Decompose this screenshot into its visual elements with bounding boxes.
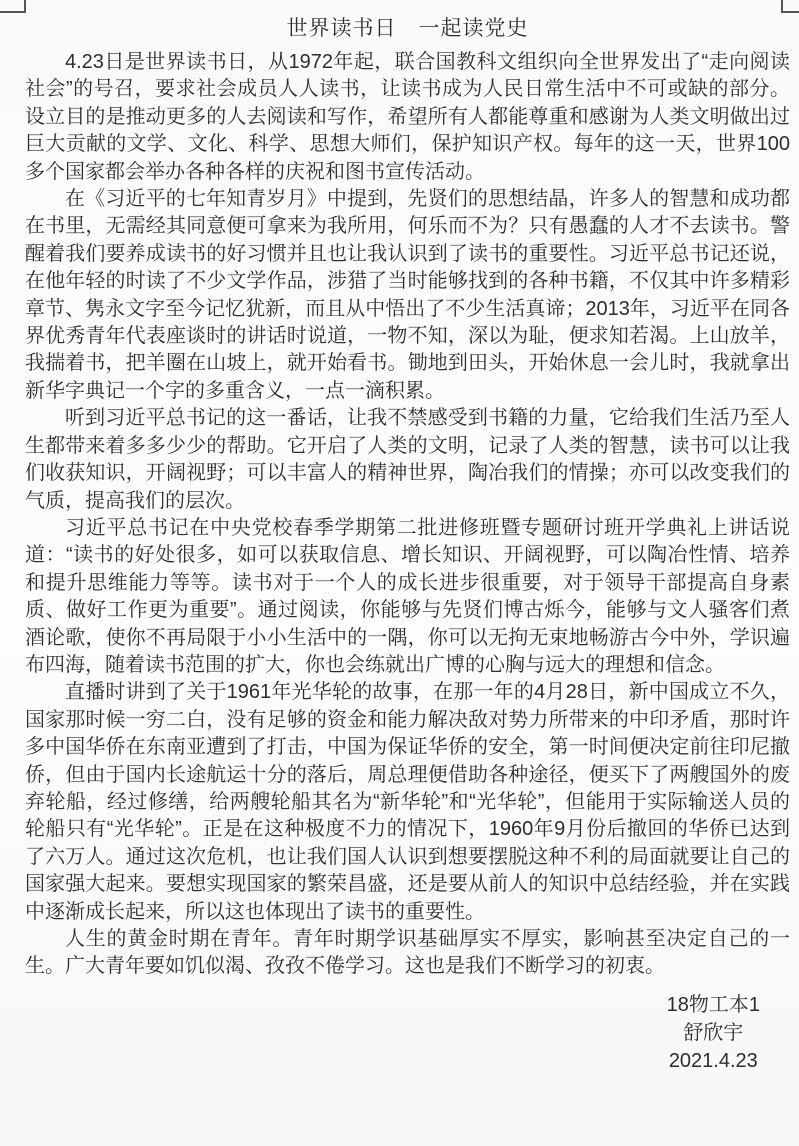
essay-paragraph-4: 习近平总书记在中央党校春季学期第二批进修班暨专题研讨班开学典礼上讲话说道：“读书… (25, 515, 790, 679)
essay-paragraph-2: 在《习近平的七年知青岁月》中提到，先贤们的思想结晶，许多人的智慧和成功都在书里，… (25, 186, 790, 405)
essay-title: 世界读书日 一起读党史 (25, 12, 790, 42)
essay-content: 世界读书日 一起读党史 4.23日是世界读书日，从1972年起，联合国教科文组织… (25, 12, 790, 1075)
essay-paragraph-3: 听到习近平总书记的这一番话，让我不禁感受到书籍的力量，它给我们生活乃至人生都带来… (25, 405, 790, 515)
signature-inner: 18物工本1 舒欣宇 2021.4.23 (667, 991, 760, 1075)
essay-paragraph-6: 人生的黄金时期在青年。青年时期学识基础厚实不厚实，影响甚至决定自己的一生。广大青… (25, 926, 790, 981)
signature-author: 舒欣宇 (667, 1019, 760, 1047)
signature-block: 18物工本1 舒欣宇 2021.4.23 (25, 991, 790, 1075)
signature-class: 18物工本1 (667, 991, 760, 1019)
essay-paragraph-5: 直播时讲到了关于1961年光华轮的故事，在那一年的4月28日，新中国成立不久，国… (25, 679, 790, 926)
scan-corner-mark-top-left (0, 0, 26, 13)
signature-date: 2021.4.23 (667, 1047, 760, 1075)
essay-paragraph-1: 4.23日是世界读书日，从1972年起，联合国教科文组织向全世界发出了“走向阅读… (25, 49, 790, 186)
document-page: 世界读书日 一起读党史 4.23日是世界读书日，从1972年起，联合国教科文组织… (0, 0, 799, 1146)
